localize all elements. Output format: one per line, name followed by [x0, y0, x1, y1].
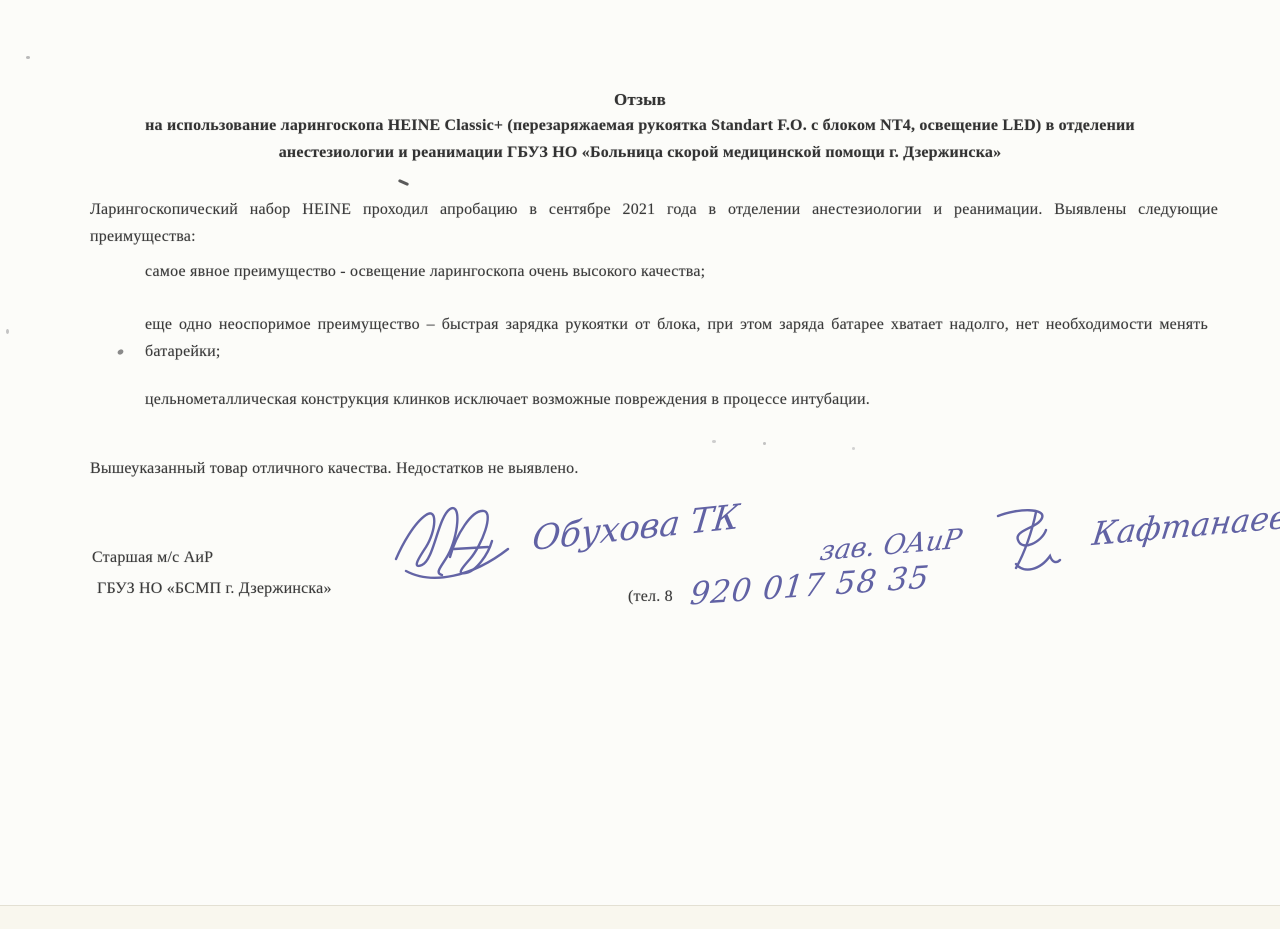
- scan-speck: [712, 440, 716, 443]
- scan-paper-edge-line: [0, 905, 1280, 906]
- handwritten-phone-number: 920 017 58 35: [688, 559, 931, 612]
- conclusion-paragraph: Вышеуказанный товар отличного качества. …: [90, 455, 1190, 482]
- subtitle-line-2: анестезиологии и реанимации ГБУЗ НО «Бол…: [58, 139, 1222, 166]
- scan-speck: [26, 56, 30, 59]
- page-title: Отзыв: [0, 86, 1280, 113]
- handwritten-role-2: зав. ОАиР: [818, 524, 964, 568]
- phone-prefix: (тел. 8: [628, 583, 673, 610]
- subtitle-line-1: на использование ларингоскопа HEINE Clas…: [58, 112, 1222, 139]
- scan-speck: [852, 447, 855, 450]
- handwritten-signature-2: [988, 506, 1066, 578]
- scanned-document-page: Отзыв на использование ларингоскопа HEIN…: [0, 0, 1280, 929]
- scan-speck: [763, 442, 766, 445]
- signer-role: Старшая м/с АиР: [92, 544, 213, 571]
- scan-speck-comma: [117, 348, 125, 356]
- advantage-item-3: цельнометаллическая конструкция клинков …: [145, 386, 1210, 413]
- handwritten-name-1: Обухова ТК: [530, 497, 741, 559]
- handwritten-name-2: Кафтанаева О: [1090, 493, 1280, 553]
- scan-paper-edge-strip: [0, 906, 1280, 929]
- signer-organization: ГБУЗ НО «БСМП г. Дзержинска»: [97, 575, 332, 602]
- advantage-item-2: еще одно неоспоримое преимущество – быст…: [145, 311, 1208, 365]
- document-subtitle: на использование ларингоскопа HEINE Clas…: [58, 112, 1222, 166]
- scan-speck: [6, 329, 9, 334]
- advantage-item-1: самое явное преимущество - освещение лар…: [145, 258, 1210, 285]
- handwritten-signature-1: [392, 497, 520, 589]
- intro-paragraph: Ларингоскопический набор HEINE проходил …: [90, 196, 1218, 250]
- scan-speck-pen-mark: [398, 179, 409, 186]
